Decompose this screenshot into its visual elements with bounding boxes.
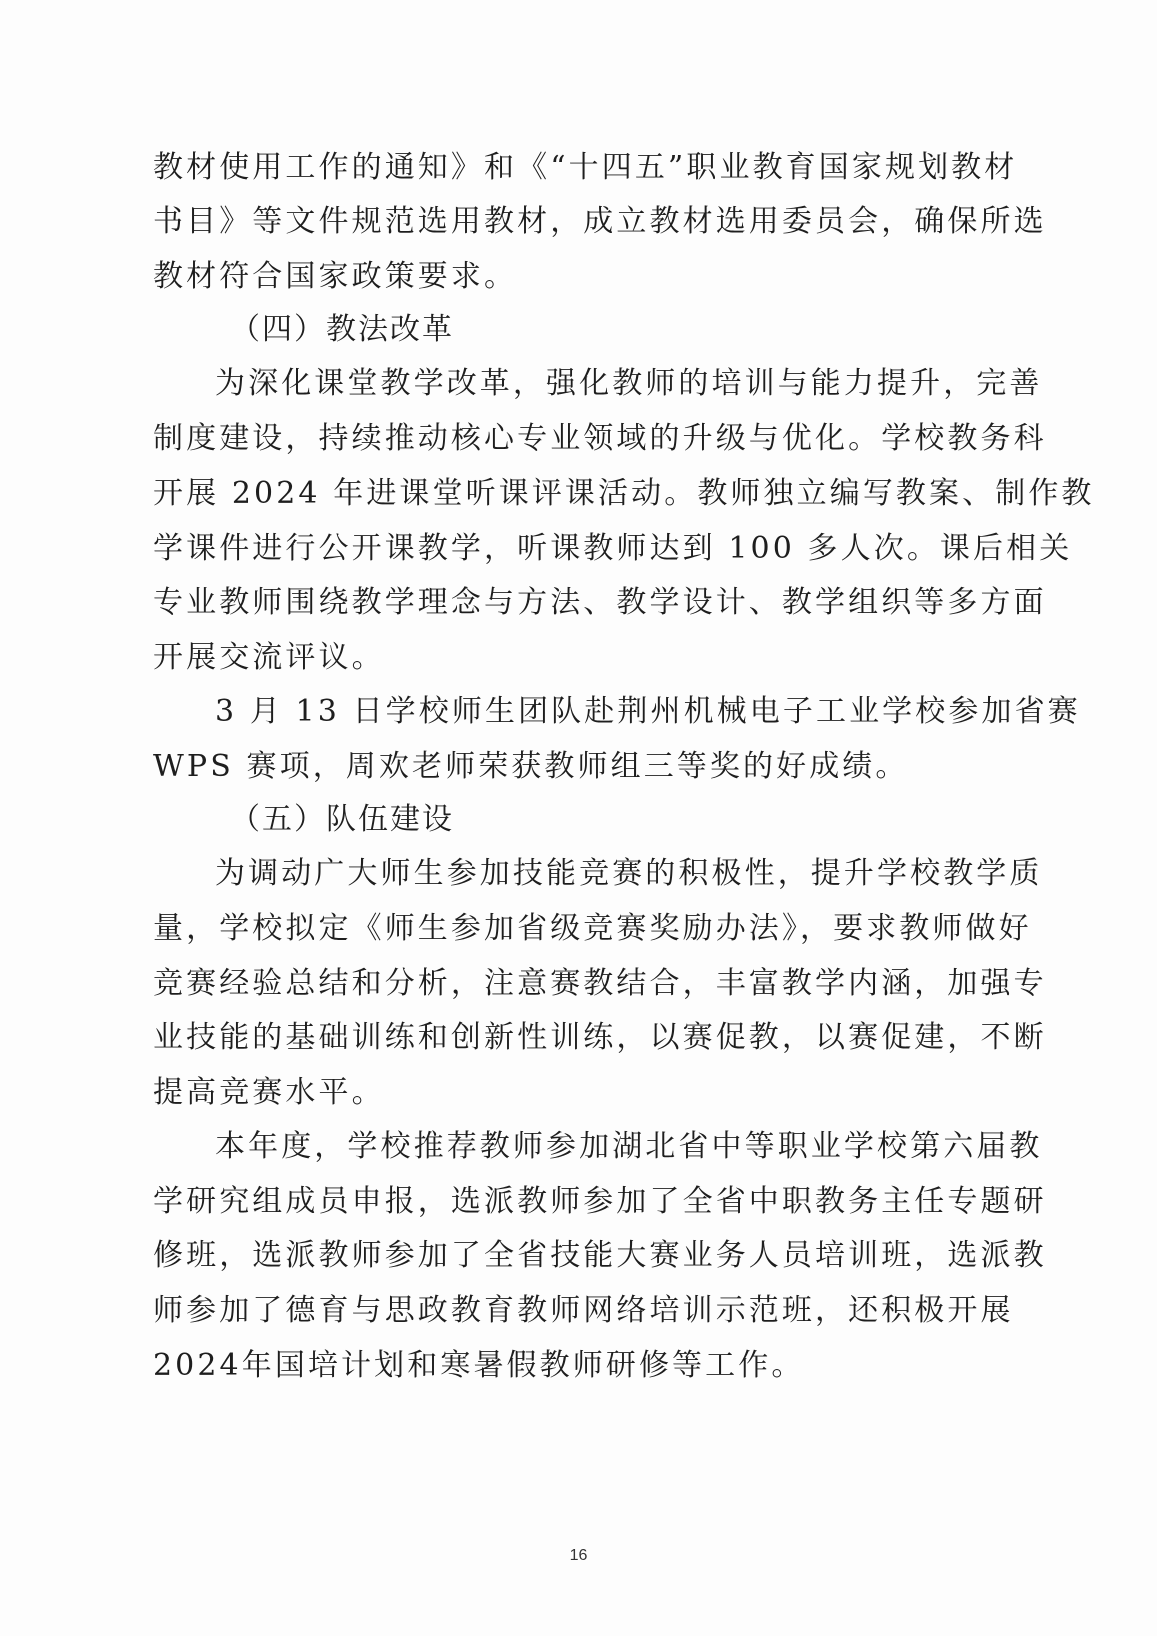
paragraph-line: 为深化课堂教学改革，强化教师的培训与能力提升，完善 bbox=[215, 364, 1075, 404]
document-page: 教材使用工作的通知》和《“十四五”职业教育国家规划教材 书目》等文件规范选用教材… bbox=[0, 0, 1157, 1636]
paragraph-line: 为调动广大师生参加技能竞赛的积极性，提升学校教学质 bbox=[215, 854, 1075, 894]
paragraph-line: 开展 2024 年进课堂听课评课活动。教师独立编写教案、制作教 bbox=[153, 474, 1013, 514]
paragraph-line: 学研究组成员申报，选派教师参加了全省中职教务主任专题研 bbox=[153, 1182, 1013, 1222]
section-heading-team-building: （五）队伍建设 bbox=[230, 800, 1090, 840]
paragraph-line: 开展交流评议。 bbox=[153, 638, 1013, 678]
section-heading-teaching-method-reform: （四）教法改革 bbox=[230, 310, 1090, 350]
page-number: 16 bbox=[0, 1547, 1157, 1565]
paragraph-line: 量，学校拟定《师生参加省级竞赛奖励办法》，要求教师做好 bbox=[153, 909, 1013, 949]
paragraph-line: 书目》等文件规范选用教材，成立教材选用委员会，确保所选 bbox=[153, 202, 1013, 242]
paragraph-line: WPS 赛项，周欢老师荣获教师组三等奖的好成绩。 bbox=[153, 747, 1013, 787]
paragraph-line: 专业教师围绕教学理念与方法、教学设计、教学组织等多方面 bbox=[153, 583, 1013, 623]
paragraph-line: 竞赛经验总结和分析，注意赛教结合，丰富教学内涵，加强专 bbox=[153, 964, 1013, 1004]
paragraph-line: 学课件进行公开课教学，听课教师达到 100 多人次。课后相关 bbox=[153, 529, 1013, 569]
paragraph-line: 教材使用工作的通知》和《“十四五”职业教育国家规划教材 bbox=[153, 148, 1013, 188]
paragraph-line: 修班，选派教师参加了全省技能大赛业务人员培训班，选派教 bbox=[153, 1236, 1013, 1276]
paragraph-line: 师参加了德育与思政教育教师网络培训示范班，还积极开展 bbox=[153, 1291, 1013, 1331]
paragraph-line: 提高竞赛水平。 bbox=[153, 1073, 1013, 1113]
paragraph-line: 3 月 13 日学校师生团队赴荆州机械电子工业学校参加省赛 bbox=[215, 692, 1075, 732]
paragraph-line: 2024年国培计划和寒暑假教师研修等工作。 bbox=[153, 1346, 1013, 1386]
paragraph-line: 制度建设，持续推动核心专业领域的升级与优化。学校教务科 bbox=[153, 419, 1013, 459]
paragraph-line: 教材符合国家政策要求。 bbox=[153, 257, 1013, 297]
paragraph-line: 业技能的基础训练和创新性训练，以赛促教，以赛促建，不断 bbox=[153, 1018, 1013, 1058]
paragraph-line: 本年度，学校推荐教师参加湖北省中等职业学校第六届教 bbox=[215, 1127, 1075, 1167]
